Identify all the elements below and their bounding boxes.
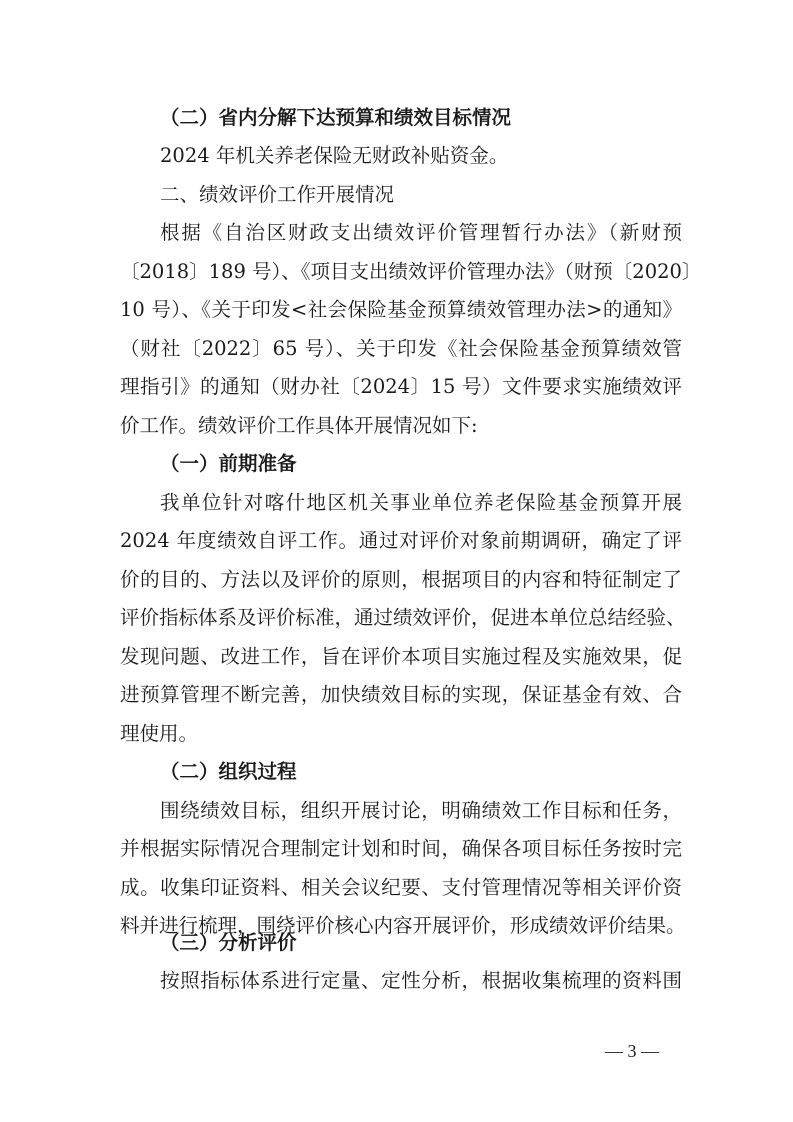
subsection-1-line-5: 发现问题、改进工作，旨在评价本项目实施过程及实施效果，促 xyxy=(120,645,682,669)
page-number: — 3 — xyxy=(605,1040,659,1062)
subsection-1-line-2: 2024 年度绩效自评工作。通过对评价对象前期调研，确定了评 xyxy=(120,529,682,553)
subsection-2-line-1: 围绕绩效目标，组织开展讨论，明确绩效工作目标和任务， xyxy=(160,799,682,823)
subsection-2-line-2: 并根据实际情况合理制定计划和时间，确保各项目标任务按时完 xyxy=(120,837,682,861)
subsection-1-line-7: 理使用。 xyxy=(120,722,682,746)
intro-paragraph-line-6: 价工作。绩效评价工作具体开展情况如下: xyxy=(120,414,682,438)
intro-paragraph-line-4: （财社〔2022〕65 号）、关于印发《社会保险基金预算绩效管 xyxy=(120,337,682,361)
subsection-2-line-3: 成。收集印证资料、相关会议纪要、支付管理情况等相关评价资 xyxy=(120,876,682,900)
intro-paragraph-line-2: 〔2018〕189 号）、《项目支出绩效评价管理办法》（财预〔2020〕 xyxy=(120,260,682,284)
subsection-2-heading: （二）组织过程 xyxy=(160,760,297,784)
subsection-3-heading: （三）分析评价 xyxy=(160,931,297,955)
section-2-2-heading: （二）省内分解下达预算和绩效目标情况 xyxy=(160,106,511,130)
intro-paragraph-line-3: 10 号）、《关于印发<社会保险基金预算绩效管理办法>的通知》 xyxy=(120,298,682,322)
subsection-1-line-3: 价的目的、方法以及评价的原则，根据项目的内容和特征制定了 xyxy=(120,568,682,592)
intro-paragraph-line-5: 理指引》的通知（财办社〔2024〕15 号）文件要求实施绩效评 xyxy=(120,375,682,399)
subsection-1-line-4: 评价指标体系及评价标准，通过绩效评价，促进本单位总结经验、 xyxy=(120,606,682,630)
document-page: （二）省内分解下达预算和绩效目标情况 2024 年机关养老保险无财政补贴资金。 … xyxy=(0,0,793,1122)
intro-paragraph-line-1: 根据《自治区财政支出绩效评价管理暂行办法》（新财预 xyxy=(160,221,682,245)
subsection-1-line-1: 我单位针对喀什地区机关事业单位养老保险基金预算开展 xyxy=(160,491,682,515)
subsection-1-heading: （一）前期准备 xyxy=(160,452,297,476)
subsection-3-line-1: 按照指标体系进行定量、定性分析，根据收集梳理的资料围 xyxy=(160,969,682,993)
subsection-1-line-6: 进预算管理不断完善，加快绩效目标的实现，保证基金有效、合 xyxy=(120,683,682,707)
section-2-2-body: 2024 年机关养老保险无财政补贴资金。 xyxy=(160,144,682,168)
section-two-heading: 二、绩效评价工作开展情况 xyxy=(160,183,394,207)
